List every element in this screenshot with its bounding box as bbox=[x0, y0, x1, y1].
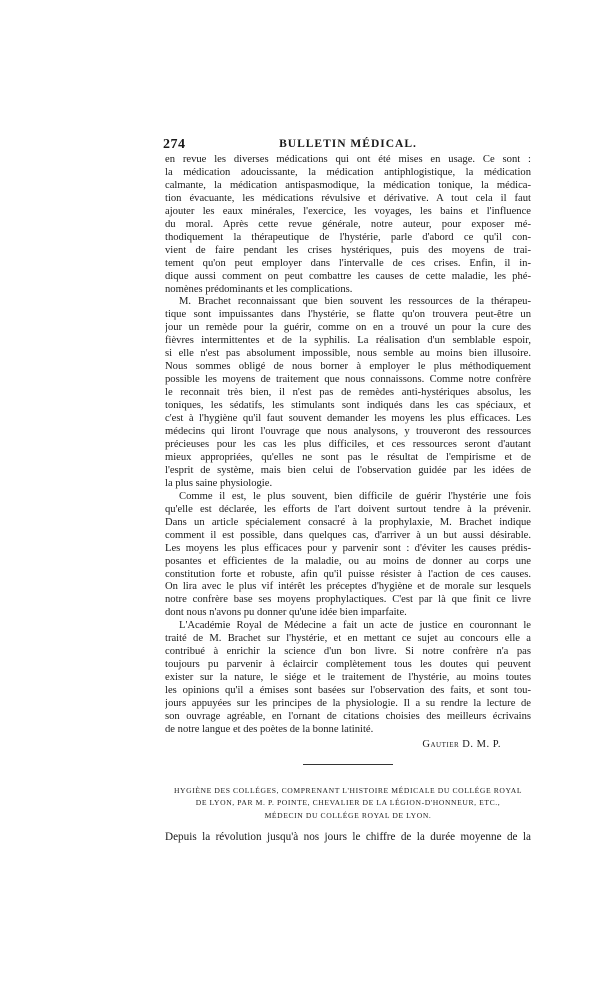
paragraph: Comme il est, le plus souvent, bien diff… bbox=[165, 491, 531, 621]
text-line: Comme il est, le plus souvent, bien diff… bbox=[165, 491, 531, 504]
paragraph: L'Académie Royal de Médecine a fait un a… bbox=[165, 620, 531, 737]
text-line: posantes et efficientes de la maladie, o… bbox=[165, 556, 531, 569]
text-line: Nous sommes obligé de nous borner à empl… bbox=[165, 361, 531, 374]
text-line: tion évacuante, les médications révulsiv… bbox=[165, 193, 531, 206]
heading-line: médecin du collége royal de Lyon. bbox=[165, 810, 531, 823]
text-line: fièvres intermittentes et de la syphilis… bbox=[165, 335, 531, 348]
article-body: en revue les diverses médications qui on… bbox=[165, 154, 531, 737]
text-line: la médication adoucissante, la médicatio… bbox=[165, 167, 531, 180]
text-line: notre confrère base ses moyens prophylac… bbox=[165, 594, 531, 607]
text-line: la plus saine physiologie. bbox=[165, 478, 531, 491]
paragraph: en revue les diverses médications qui on… bbox=[165, 154, 531, 296]
text-line: constitution forte et robuste, afin qu'i… bbox=[165, 569, 531, 582]
heading-line: de Lyon, par M. P. Pointe, chevalier de … bbox=[165, 797, 531, 810]
heading-line: Hygiène des colléges, comprenant l'histo… bbox=[165, 785, 531, 798]
text-line: qu'elle est déclarée, les efforts de l'a… bbox=[165, 504, 531, 517]
text-line: l'esprit de système, mais bien celui de … bbox=[165, 465, 531, 478]
text-line: mieux appropriées, qu'elles ne sont pas … bbox=[165, 452, 531, 465]
text-line: jour un remède pour la guérir, comme on … bbox=[165, 322, 531, 335]
text-line: tement qu'on peut employer dans l'interv… bbox=[165, 258, 531, 271]
document-page: 274 BULLETIN MÉDICAL. en revue les diver… bbox=[165, 137, 531, 844]
journal-title: BULLETIN MÉDICAL. bbox=[165, 138, 531, 150]
text-line: ajouter les eaux minérales, l'exercice, … bbox=[165, 206, 531, 219]
text-line: dont nous n'avons pu donner qu'une idée … bbox=[165, 607, 531, 620]
text-line: On lira avec le plus vif intérêt les pré… bbox=[165, 581, 531, 594]
text-line: possible les moyens de traitement que no… bbox=[165, 374, 531, 387]
text-line: toujours pu parvenir à éclaircir complèt… bbox=[165, 659, 531, 672]
text-line: Les moyens les plus efficaces pour y par… bbox=[165, 543, 531, 556]
text-line: toniques, les sédatifs, les stimulants s… bbox=[165, 400, 531, 413]
text-line: vient de faire pendant les crises hystér… bbox=[165, 245, 531, 258]
text-line: calmante, la médication antispasmodique,… bbox=[165, 180, 531, 193]
next-article-first-line: Depuis la révolution jusqu'à nos jours l… bbox=[165, 830, 531, 844]
text-line: son ouvrage agréable, en l'ornant de cit… bbox=[165, 711, 531, 724]
text-line: M. Brachet reconnaissant que bien souven… bbox=[165, 296, 531, 309]
text-line: si elle n'est pas absolument impossible,… bbox=[165, 348, 531, 361]
text-line: c'est à l'hygiène qu'il faut souvent dem… bbox=[165, 413, 531, 426]
author-signature: Gautier D. M. P. bbox=[165, 739, 531, 750]
text-line: les opinions qu'il a émises sont basées … bbox=[165, 685, 531, 698]
text-line: du moral. Après cette revue générale, no… bbox=[165, 219, 531, 232]
text-line: thodiquement la thérapeutique de l'hysté… bbox=[165, 232, 531, 245]
text-line: exister sur la nature, le siége et le tr… bbox=[165, 672, 531, 685]
text-line: précieuses pour les cas les plus diffici… bbox=[165, 439, 531, 452]
next-article-heading: Hygiène des colléges, comprenant l'histo… bbox=[165, 785, 531, 823]
text-line: comment il est possible, dans quelques c… bbox=[165, 530, 531, 543]
text-line: dique aussi comment on peut combattre le… bbox=[165, 271, 531, 284]
paragraph: M. Brachet reconnaissant que bien souven… bbox=[165, 296, 531, 490]
text-line: L'Académie Royal de Médecine a fait un a… bbox=[165, 620, 531, 633]
section-separator-rule bbox=[303, 764, 393, 765]
text-line: le reconnait très bien, il n'est pas de … bbox=[165, 387, 531, 400]
text-line: traité de M. Brachet sur l'hystérie, et … bbox=[165, 633, 531, 646]
text-line: Dans un article spécialement consacré à … bbox=[165, 517, 531, 530]
text-line: en revue les diverses médications qui on… bbox=[165, 154, 531, 167]
text-line: contribué à enrichir la science d'un bon… bbox=[165, 646, 531, 659]
text-line: médecins qui liront l'ouvrage que nous a… bbox=[165, 426, 531, 439]
text-line: nomènes prédominants et les complication… bbox=[165, 284, 531, 297]
text-line: jours appuyées sur les principes de la p… bbox=[165, 698, 531, 711]
running-head: 274 BULLETIN MÉDICAL. bbox=[165, 137, 531, 154]
text-line: de notre langue et des poètes de la bonn… bbox=[165, 724, 531, 737]
text-line: tique sont impuissantes dans l'hystérie,… bbox=[165, 309, 531, 322]
